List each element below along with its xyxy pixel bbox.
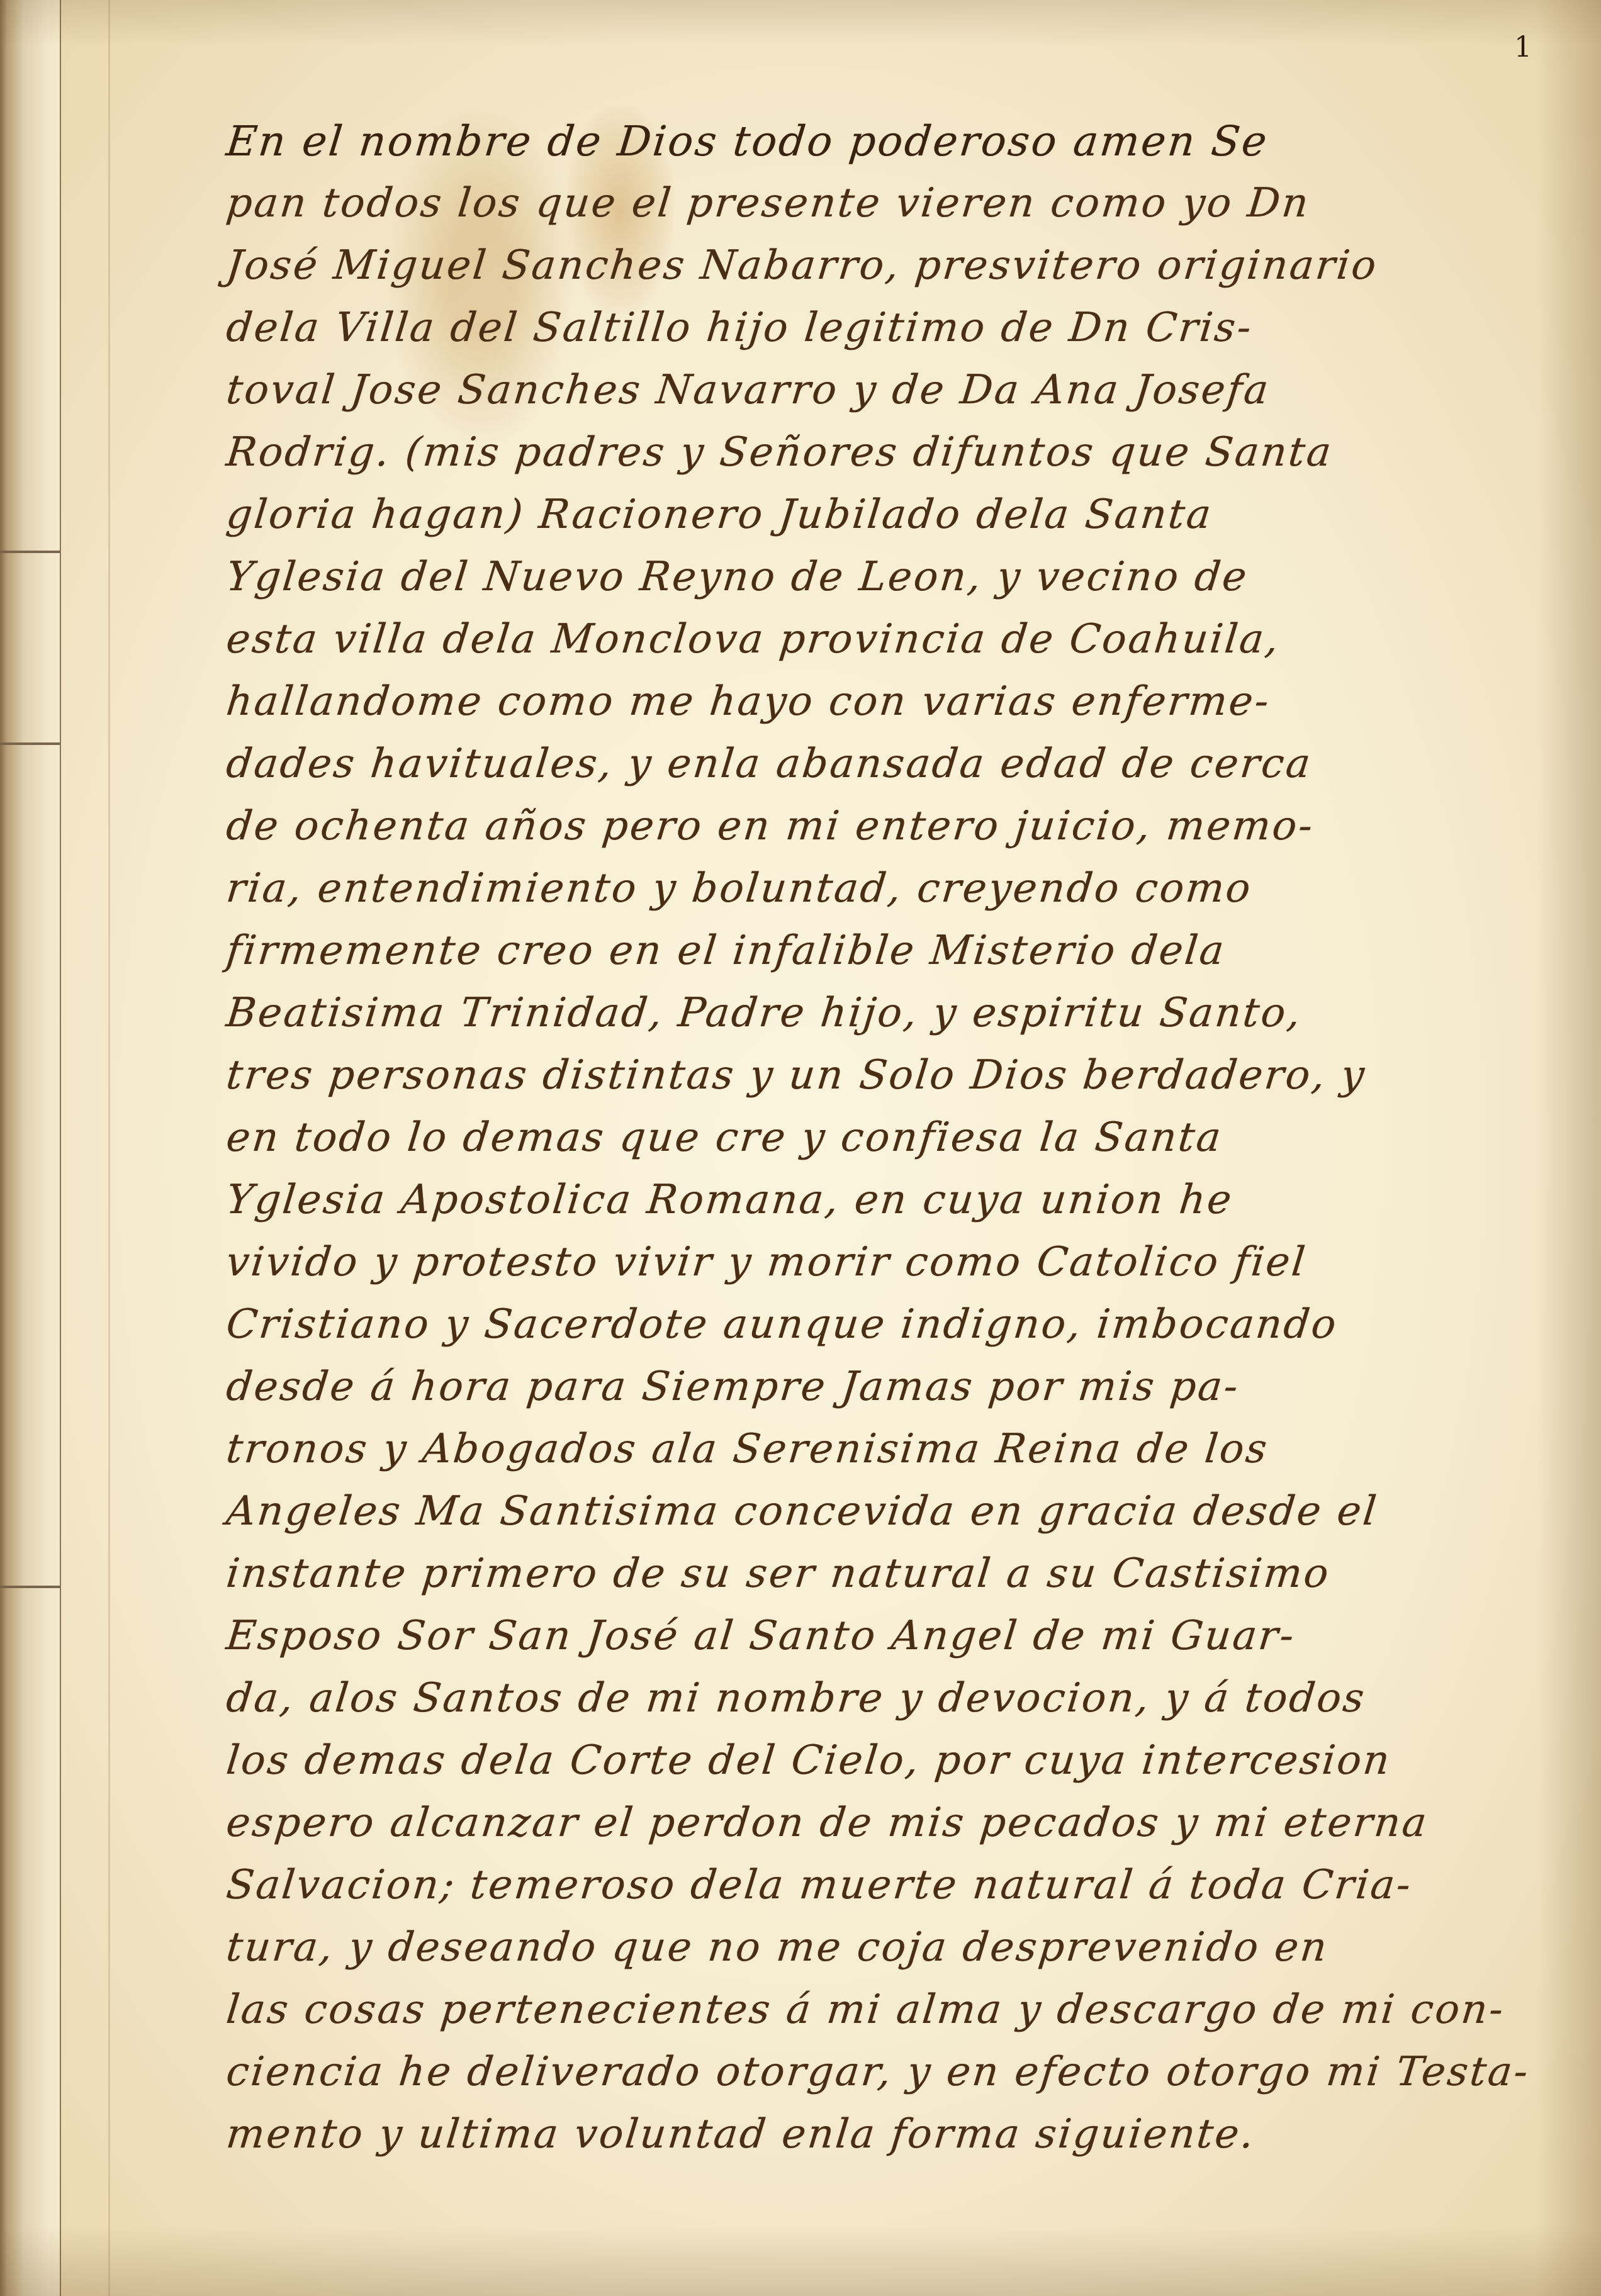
text-line: ria, entendimiento y boluntad, creyendo … bbox=[223, 858, 1425, 920]
text-line: dela Villa del Saltillo hijo legitimo de… bbox=[223, 297, 1425, 359]
text-line: desde á hora para Siempre Jamas por mis … bbox=[223, 1356, 1425, 1418]
binding-stitch bbox=[0, 1586, 60, 1588]
text-line: José Miguel Sanches Nabarro, presvitero … bbox=[223, 235, 1425, 297]
text-line: vivido y protesto vivir y morir como Cat… bbox=[223, 1231, 1425, 1294]
text-line: Yglesia del Nuevo Reyno de Leon, y vecin… bbox=[223, 546, 1425, 608]
text-line: pan todos los que el presente vieren com… bbox=[223, 172, 1425, 235]
text-line: en todo lo demas que cre y confiesa la S… bbox=[223, 1107, 1425, 1169]
manuscript-text-block: En el nombre de Dios todo poderoso amen … bbox=[227, 110, 1422, 2166]
text-line: dades havituales, y enla abansada edad d… bbox=[223, 733, 1425, 795]
text-line: esta villa dela Monclova provincia de Co… bbox=[223, 608, 1425, 671]
text-line: toval Jose Sanches Navarro y de Da Ana J… bbox=[223, 359, 1425, 422]
text-line: tres personas distintas y un Solo Dios b… bbox=[223, 1044, 1425, 1107]
text-line: Angeles Ma Santisima concevida en gracia… bbox=[223, 1481, 1425, 1543]
text-line: espero alcanzar el perdon de mis pecados… bbox=[223, 1792, 1425, 1854]
paper-fold-line bbox=[108, 0, 110, 2296]
text-line: hallandome como me hayo con varias enfer… bbox=[223, 671, 1425, 733]
text-line: las cosas pertenecientes á mi alma y des… bbox=[223, 1979, 1425, 2041]
text-line: tura, y deseando que no me coja despreve… bbox=[223, 1917, 1425, 1979]
text-line: Cristiano y Sacerdote aunque indigno, im… bbox=[223, 1294, 1425, 1356]
text-line: En el nombre de Dios todo poderoso amen … bbox=[223, 110, 1425, 172]
binding-stitch bbox=[0, 742, 60, 745]
text-line: tronos y Abogados ala Serenisima Reina d… bbox=[223, 1418, 1425, 1481]
text-line: da, alos Santos de mi nombre y devocion,… bbox=[223, 1667, 1425, 1730]
page-binding-edge bbox=[0, 0, 61, 2296]
text-line: Salvacion; temeroso dela muerte natural … bbox=[223, 1854, 1425, 1917]
text-line: ciencia he deliverado otorgar, y en efec… bbox=[223, 2041, 1425, 2103]
text-line: Esposo Sor San José al Santo Angel de mi… bbox=[223, 1605, 1425, 1667]
text-line: mento y ultima voluntad enla forma sigui… bbox=[223, 2103, 1425, 2166]
manuscript-page: 1 En el nombre de Dios todo poderoso ame… bbox=[0, 0, 1601, 2296]
text-line: firmemente creo en el infalible Misterio… bbox=[223, 920, 1425, 982]
binding-stitch bbox=[0, 551, 60, 553]
text-line: Beatisima Trinidad, Padre hijo, y espiri… bbox=[223, 982, 1425, 1044]
text-line: gloria hagan) Racionero Jubilado dela Sa… bbox=[223, 484, 1425, 546]
text-line: instante primero de su ser natural a su … bbox=[223, 1543, 1425, 1605]
text-line: Rodrig. (mis padres y Señores difuntos q… bbox=[223, 422, 1425, 484]
text-line: los demas dela Corte del Cielo, por cuya… bbox=[223, 1730, 1425, 1792]
page-number: 1 bbox=[1514, 31, 1532, 64]
text-line: Yglesia Apostolica Romana, en cuya union… bbox=[223, 1169, 1425, 1231]
text-line: de ochenta años pero en mi entero juicio… bbox=[223, 795, 1425, 858]
